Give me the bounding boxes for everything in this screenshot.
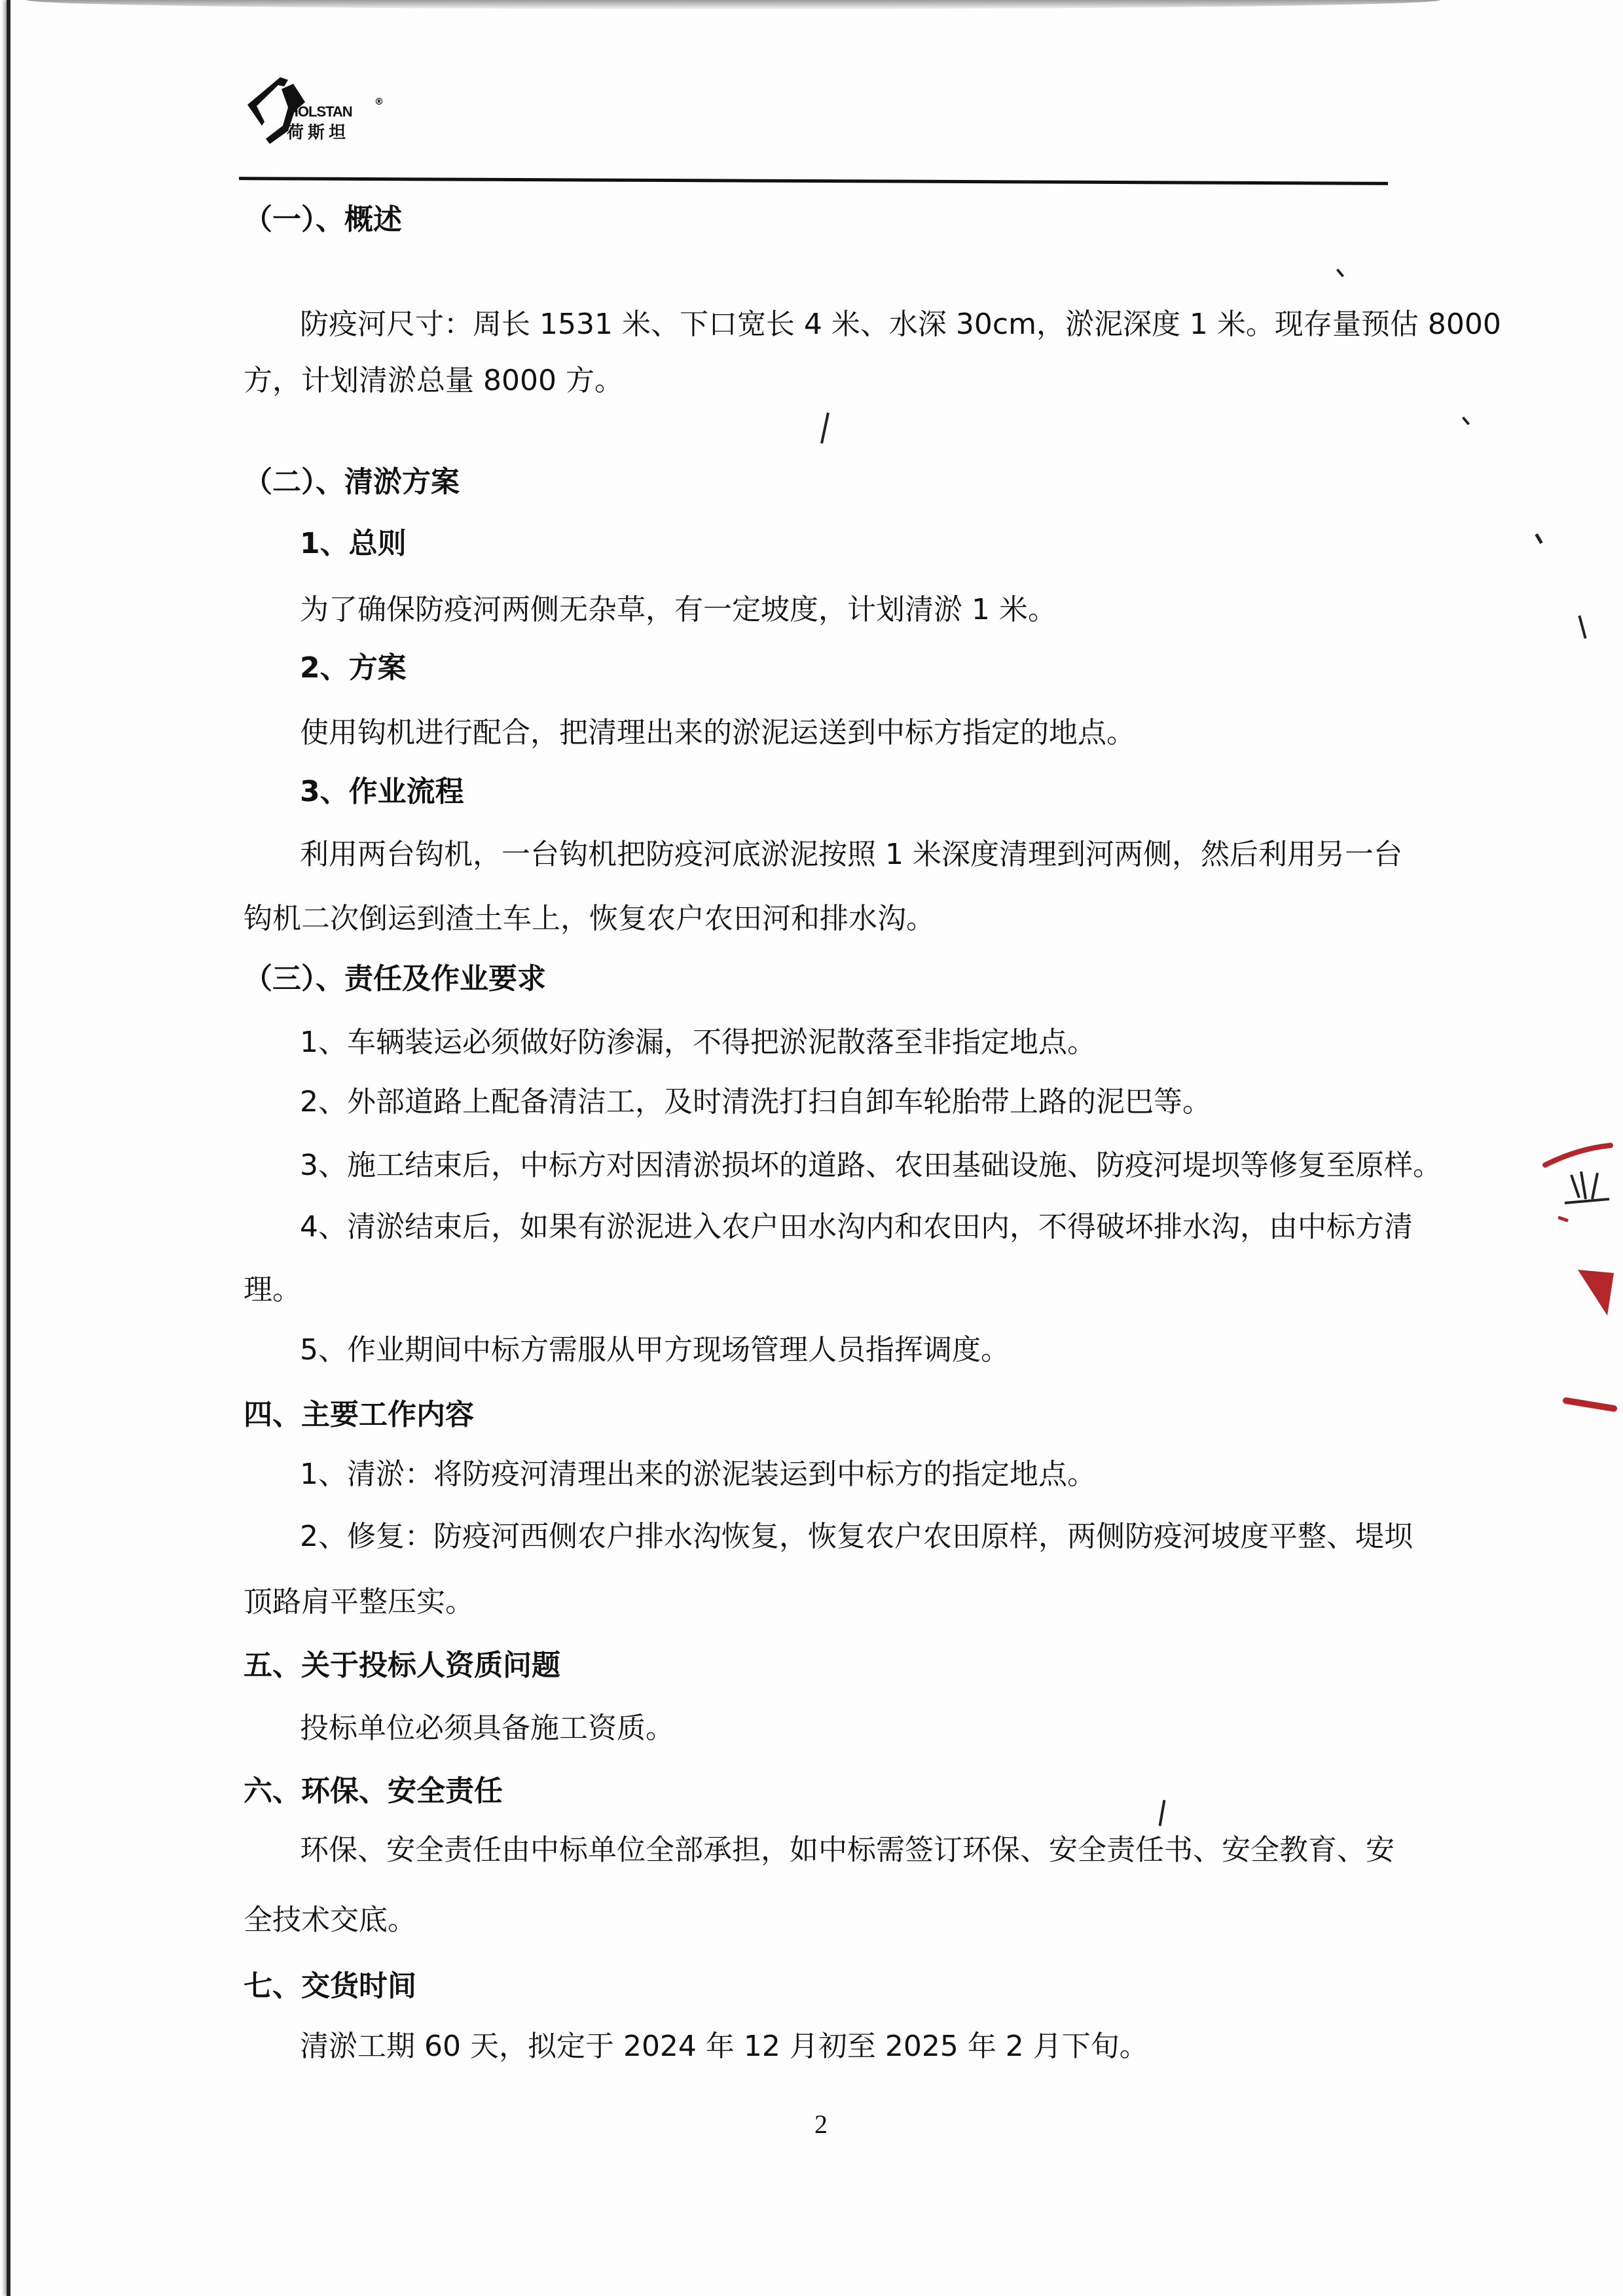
subsection-heading: 3、作业流程 bbox=[300, 774, 464, 810]
scan-mark bbox=[820, 412, 830, 444]
scan-mark bbox=[1336, 268, 1344, 277]
logo-text-cn: 荷斯坦 bbox=[287, 119, 350, 143]
list-item-continued: 顶路肩平整压实。 bbox=[244, 1584, 474, 1621]
section-heading-main-work: 四、主要工作内容 bbox=[244, 1397, 474, 1433]
list-item: 3、施工结束后，中标方对因清淤损坏的道路、农田基础设施、防疫河堤坝等修复至原样。 bbox=[300, 1147, 1442, 1184]
section-heading-responsibility: （三）、责任及作业要求 bbox=[244, 961, 546, 997]
section-heading-delivery: 七、交货时间 bbox=[244, 1968, 416, 2005]
red-seal-fragment-icon bbox=[1532, 1126, 1623, 1440]
list-item: 1、清淤：将防疫河清理出来的淤泥装运到中标方的指定地点。 bbox=[300, 1456, 1096, 1493]
page-number: 2 bbox=[814, 2109, 828, 2140]
section-heading-plan: （二）、清淤方案 bbox=[244, 464, 460, 501]
list-item-continued: 理。 bbox=[244, 1272, 301, 1308]
paragraph-line: 使用钩机进行配合，把清理出来的淤泥运送到中标方指定的地点。 bbox=[300, 715, 1135, 751]
company-logo: HOLSTAN ® 荷斯坦 bbox=[242, 65, 393, 151]
scan-mark bbox=[1578, 615, 1586, 639]
scan-edge-left bbox=[7, 0, 10, 2296]
paragraph-line: 方，计划清淤总量 8000 方。 bbox=[244, 363, 623, 399]
paragraph-line: 全技术交底。 bbox=[244, 1902, 416, 1939]
list-item: 1、车辆装运必须做好防渗漏，不得把淤泥散落至非指定地点。 bbox=[300, 1024, 1096, 1061]
logo-text-en: HOLSTAN bbox=[288, 103, 352, 120]
subsection-heading: 1、总则 bbox=[300, 526, 407, 562]
registered-mark: ® bbox=[374, 97, 384, 107]
list-item: 4、清淤结束后，如果有淤泥进入农户田水沟内和农田内，不得破坏排水沟，由中标方清 bbox=[300, 1209, 1413, 1246]
scan-mark bbox=[1535, 533, 1542, 544]
section-heading-overview: （一）、概述 bbox=[244, 202, 402, 238]
header-divider bbox=[239, 177, 1388, 185]
scan-shadow-top bbox=[26, 0, 1440, 9]
list-item: 2、外部道路上配备清洁工，及时清洗打扫自卸车轮胎带上路的泥巴等。 bbox=[300, 1084, 1211, 1121]
scan-mark bbox=[1159, 1800, 1166, 1826]
paragraph-line: 投标单位必须具备施工资质。 bbox=[300, 1710, 674, 1747]
paragraph-line: 环保、安全责任由中标单位全部承担，如中标需签订环保、安全责任书、安全教育、安 bbox=[300, 1832, 1395, 1869]
section-heading-qualification: 五、关于投标人资质问题 bbox=[244, 1647, 560, 1684]
paragraph-line: 利用两台钩机，一台钩机把防疫河底淤泥按照 1 米深度清理到河两侧，然后利用另一台 bbox=[300, 836, 1402, 873]
scan-mark bbox=[1462, 416, 1470, 425]
section-heading-safety: 六、环保、安全责任 bbox=[244, 1773, 503, 1810]
subsection-heading: 2、方案 bbox=[300, 650, 407, 687]
list-item: 2、修复：防疫河西侧农户排水沟恢复，恢复农户农田原样，两侧防疫河坡度平整、堤坝 bbox=[300, 1518, 1413, 1555]
paragraph-line: 防疫河尺寸：周长 1531 米、下口宽长 4 米、水深 30cm，淤泥深度 1 … bbox=[300, 306, 1501, 343]
list-item: 5、作业期间中标方需服从甲方现场管理人员指挥调度。 bbox=[300, 1332, 1010, 1369]
paragraph-line: 钩机二次倒运到渣土车上，恢复农户农田河和排水沟。 bbox=[244, 901, 935, 937]
paragraph-line: 为了确保防疫河两侧无杂草，有一定坡度，计划清淤 1 米。 bbox=[300, 592, 1057, 628]
paragraph-line: 清淤工期 60 天，拟定于 2024 年 12 月初至 2025 年 2 月下旬… bbox=[300, 2028, 1148, 2065]
